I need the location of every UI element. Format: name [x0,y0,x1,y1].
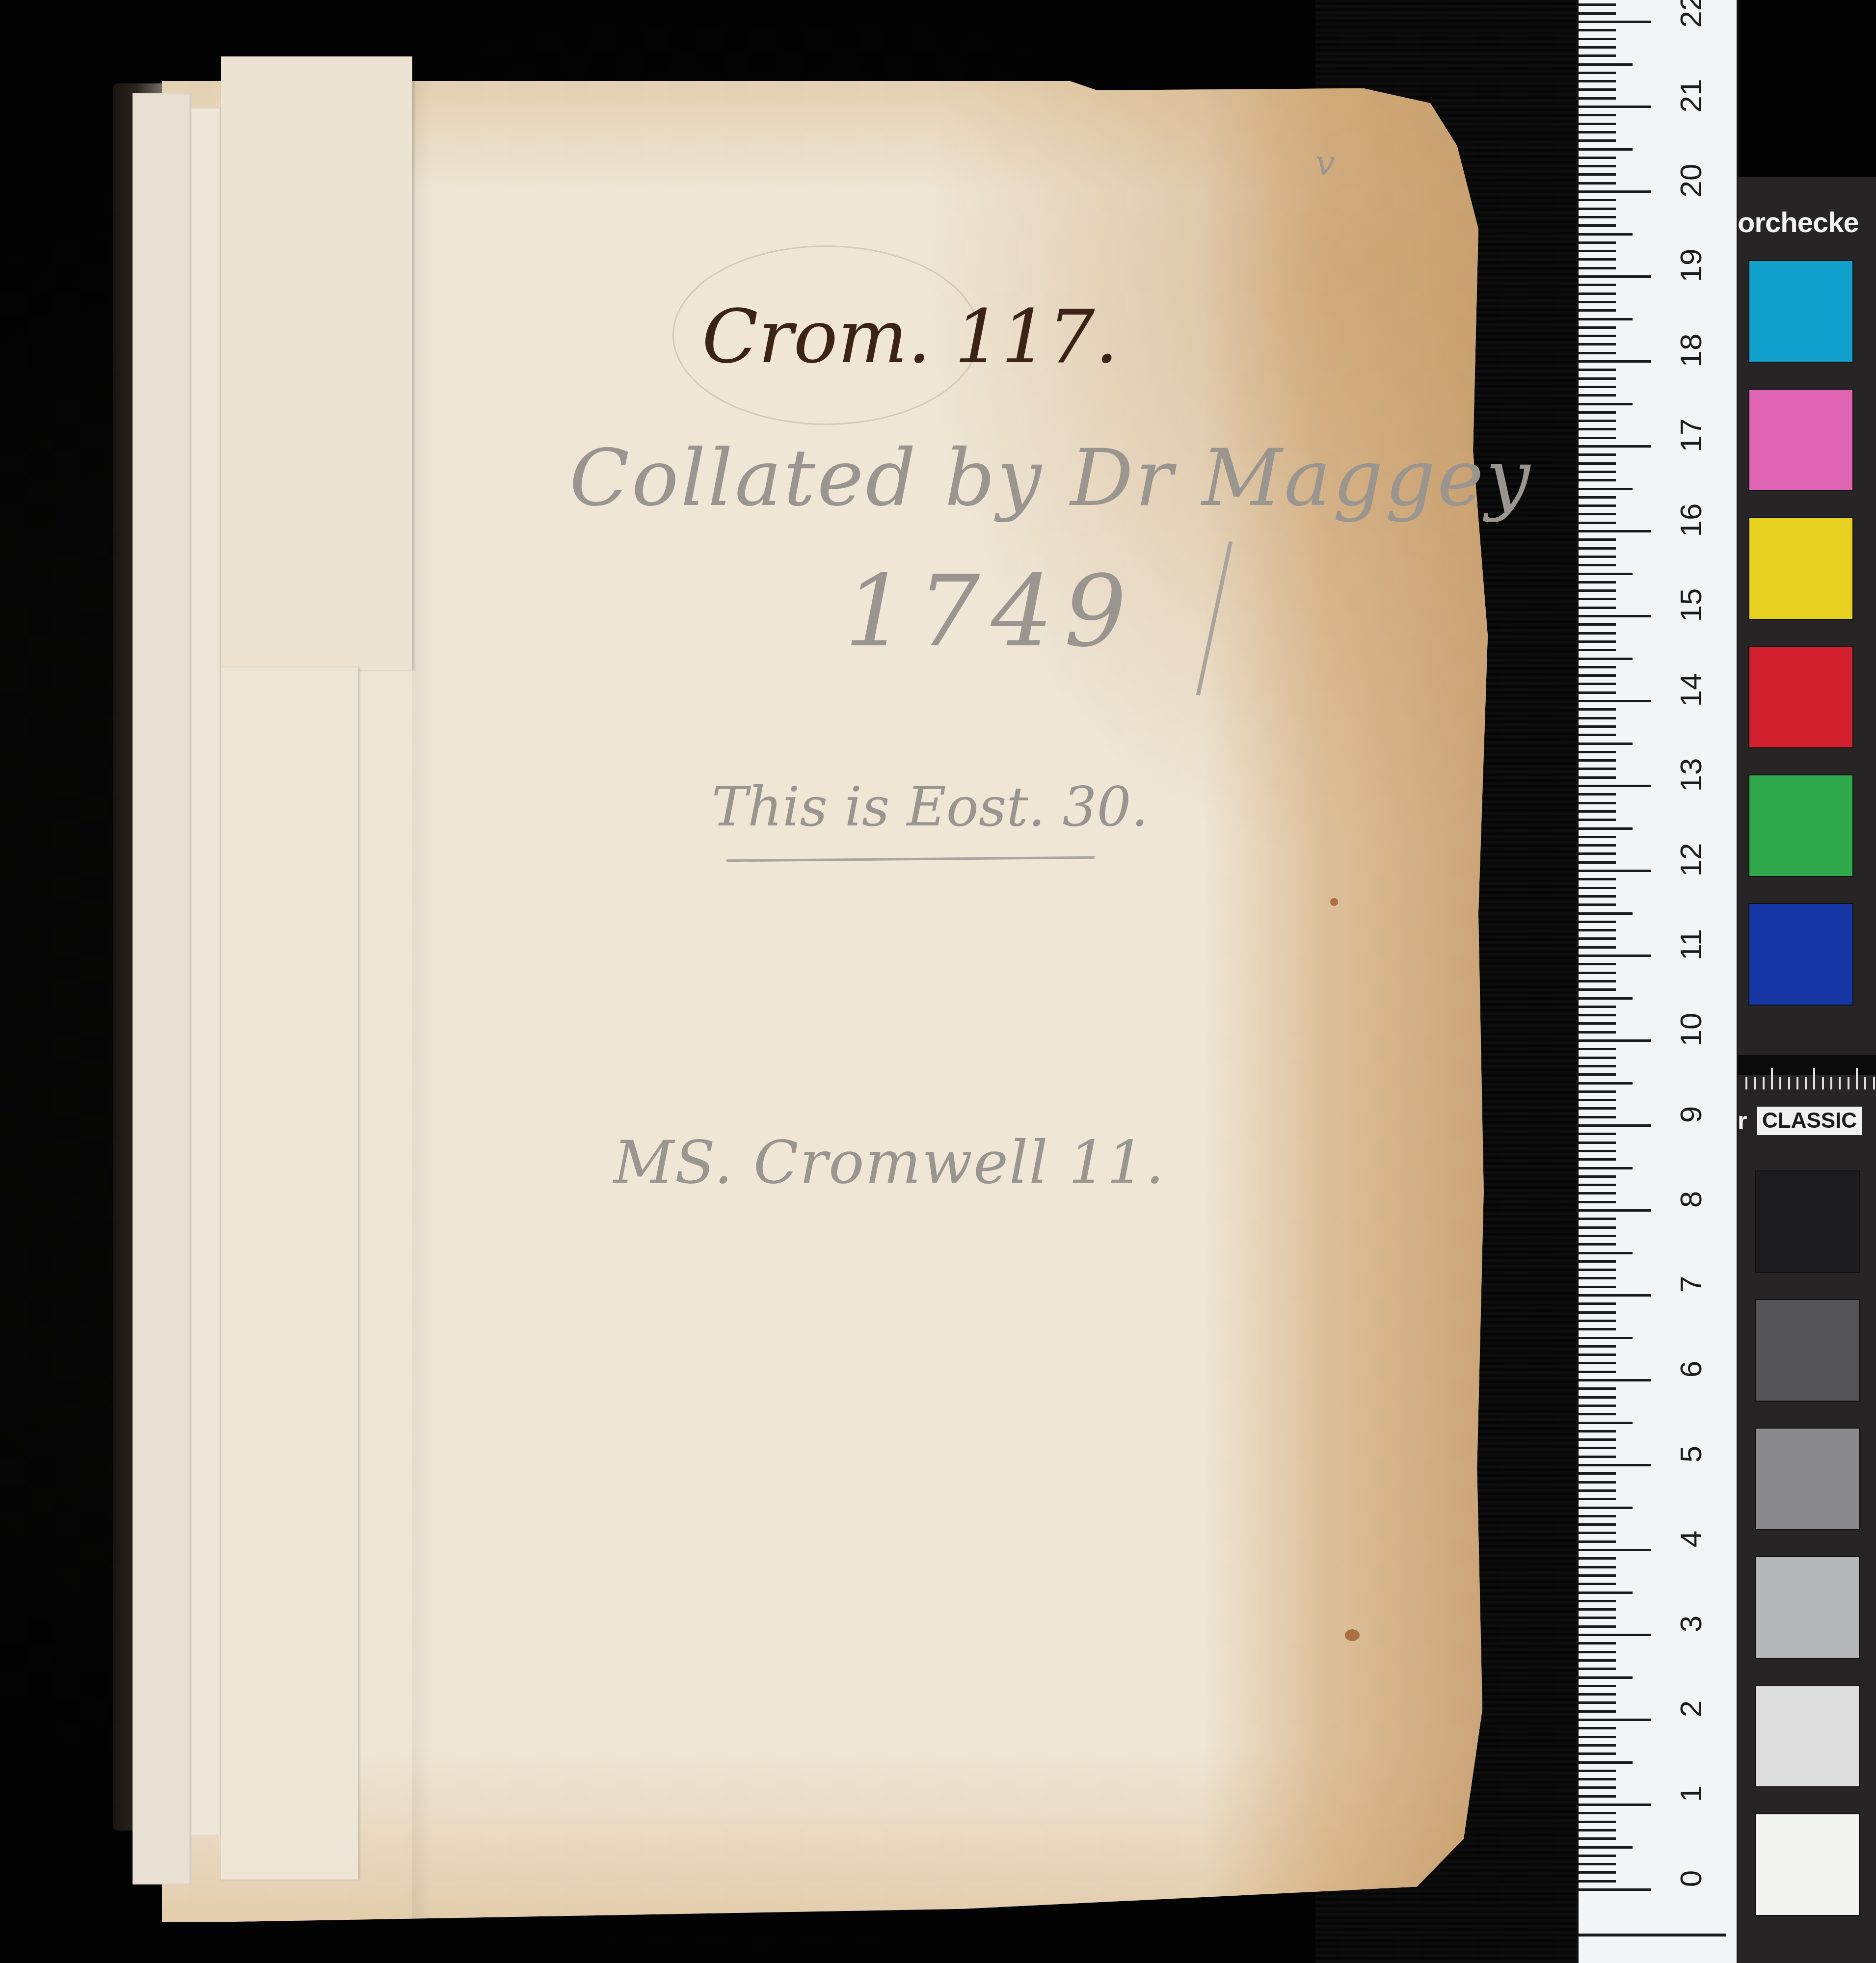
ruler-tick [1579,1523,1616,1526]
ruler-tick [1579,513,1616,515]
ruler-tick [1579,462,1616,465]
ruler-tick [1579,1489,1616,1492]
ruler-tick [1579,165,1616,167]
ruler-tick [1579,607,1616,609]
ruler-tick [1579,1175,1616,1178]
ruler-tick [1579,114,1616,116]
ruler-tick [1579,1387,1616,1390]
ruler-tick [1579,751,1616,753]
ruler-label: 22 [1676,0,1707,40]
ruler-tick [1579,208,1616,210]
ruler-tick [1579,1871,1616,1874]
ruler-tick [1579,1540,1616,1543]
ruler-tick [1579,768,1616,770]
ruler-tick [1579,1422,1633,1424]
ruler-tick [1579,887,1616,889]
ruler-tick [1579,173,1616,176]
ruler-tick [1579,1353,1616,1356]
ruler-tick [1579,54,1616,57]
ruler-tick [1579,1676,1633,1679]
ruler-tick [1579,190,1651,193]
color-patch-magenta [1748,389,1853,491]
ruler-tick [1579,1073,1616,1076]
ruler-tick [1579,1583,1616,1585]
ruler-tick [1579,1150,1616,1152]
checker-scale-tick [1830,1077,1832,1089]
gray-patch-white [1755,1813,1860,1916]
ruler-tick [1579,309,1616,312]
ruler-tick [1579,284,1616,286]
checker-scale-tick [1848,1077,1849,1089]
color-patch-cyan [1748,260,1853,363]
ruler-tick [1579,420,1616,422]
ruler-tick [1579,1566,1616,1568]
ruler-tick [1579,793,1616,796]
ruler-tick [1579,1192,1616,1194]
color-patch-red [1748,646,1853,748]
ruler-tick [1579,912,1633,915]
ruler-tick [1579,903,1616,906]
ruler-tick [1579,1888,1651,1891]
ruler-tick [1579,522,1616,524]
ruler-tick [1579,1302,1616,1305]
checker-scale-tick [1754,1077,1756,1089]
ruler-tick [1579,963,1616,965]
ruler-tick [1579,1269,1616,1271]
ruler-tick [1579,403,1633,405]
ruler-tick [1579,1320,1616,1322]
checker-scale-tick [1771,1068,1773,1089]
ruler-tick [1579,1752,1616,1755]
ruler-tick [1579,46,1616,49]
ruler-label: 2 [1676,1679,1707,1738]
ruler-tick [1579,623,1616,626]
gray-patch-lighter-gray [1755,1685,1860,1787]
ruler-tick [1579,326,1616,329]
ruler-tick [1579,658,1633,660]
ruler-tick [1579,937,1616,940]
ruler-tick [1579,1116,1616,1118]
ruler-tick [1579,1761,1633,1764]
color-checker-label: orchecke [1738,206,1876,236]
checker-scale-tick [1788,1077,1790,1089]
ruler-tick [1579,530,1651,532]
ruler-tick [1579,1260,1616,1263]
ruler-tick [1579,1022,1616,1025]
ruler-tick [1579,1592,1633,1594]
checker-scale-tick [1805,1077,1807,1089]
ruler-tick [1579,844,1616,847]
ruler-tick [1579,445,1651,448]
ruler-tick [1579,88,1616,91]
ruler-tick [1579,1549,1651,1551]
ruler-tick [1579,411,1616,414]
ruler-tick [1579,759,1616,762]
ruler-tick [1579,139,1616,142]
ruler-label: 14 [1676,661,1707,719]
ruler-label: 13 [1676,745,1707,804]
color-patch-green [1748,774,1853,877]
ruler-tick [1579,700,1651,702]
ruler-tick [1579,802,1616,804]
ruler-tick [1579,980,1616,982]
ruler-tick [1579,547,1616,550]
ruler-tick [1579,598,1616,600]
checker-scale-tick [1856,1068,1858,1089]
ruler-tick [1579,1719,1651,1721]
ruler-tick [1579,1048,1616,1050]
ruler-tick [1579,1855,1616,1857]
ruler-label: 4 [1676,1510,1707,1568]
ruler-tick [1579,1311,1616,1314]
ruler-tick [1579,852,1616,855]
ruler-tick [1579,1226,1616,1229]
ruler-tick [1579,301,1616,303]
ruler-tick [1579,1464,1651,1466]
ruler-tick [1579,224,1616,227]
ruler-end-line [1579,1934,1726,1936]
ruler-tick [1579,895,1616,898]
ruler-tick [1579,1744,1616,1747]
gray-patch-light-gray [1755,1556,1860,1659]
measurement-ruler: 012345678910111213141516171819202122 [1577,0,1740,1963]
ruler-tick [1579,3,1616,6]
ruler-tick [1579,1821,1616,1823]
ruler-tick [1579,1371,1616,1373]
ruler-tick [1579,12,1616,15]
ruler-tick [1579,250,1616,252]
ruler-tick [1579,1082,1633,1085]
checker-scale-tick [1745,1077,1747,1089]
ruler-tick [1579,1328,1616,1330]
ruler-tick [1579,1099,1616,1101]
ruler-tick [1579,538,1616,541]
ruler-tick [1579,1736,1616,1738]
ruler-tick [1579,1625,1616,1628]
color-patch-yellow [1748,517,1853,620]
ruler-label: 3 [1676,1594,1707,1653]
ruler-label: 18 [1676,321,1707,380]
foxing-stain [1330,898,1338,906]
ruler-label: 9 [1676,1085,1707,1144]
checker-scale-tick [1796,1077,1798,1089]
ruler-tick [1579,1659,1616,1662]
ruler-tick [1579,1600,1616,1602]
checker-scale-tick [1822,1077,1824,1089]
ruler-tick [1579,1405,1616,1407]
ruler-label: 19 [1676,236,1707,295]
ruler-tick [1579,1141,1616,1144]
ruler-tick [1579,819,1616,821]
ruler-tick [1579,199,1616,201]
ruler-tick [1579,1515,1616,1517]
ruler-tick [1579,1812,1616,1814]
binding-strip [133,93,191,1884]
ruler-tick [1579,216,1616,218]
ruler-tick [1579,1362,1616,1364]
ruler-label: 5 [1676,1425,1707,1484]
ruler-tick [1579,1685,1616,1687]
ruler-tick [1579,488,1633,490]
ruler-tick [1579,335,1616,337]
ruler-tick [1579,785,1651,787]
ruler-tick [1579,1107,1616,1110]
ruler-tick [1579,1472,1616,1475]
ruler-tick [1579,955,1651,957]
ruler-tick [1579,377,1616,380]
gutter-shadow [412,81,510,1931]
ruler-label: 6 [1676,1340,1707,1399]
ruler-tick [1579,1710,1616,1713]
ruler-tick [1579,1243,1616,1246]
ruler-tick [1579,504,1616,507]
ruler-tick [1579,386,1616,388]
ruler-tick [1579,1507,1633,1509]
ruler-tick [1579,640,1616,643]
ruler-tick [1579,1438,1616,1441]
ruler-label: 11 [1676,915,1707,974]
ruler-label: 1 [1676,1764,1707,1823]
ruler-tick [1579,1880,1616,1883]
ruler-tick [1579,292,1616,295]
gray-patch-dark-gray [1755,1299,1860,1402]
ruler-tick [1579,997,1633,1000]
ruler-tick [1579,148,1633,151]
ruler-tick [1579,1498,1616,1500]
gray-patch-mid-gray [1755,1428,1860,1530]
ruler-tick [1579,123,1616,125]
ruler-tick [1579,861,1616,864]
ruler-label: 0 [1676,1849,1707,1908]
ruler-tick [1579,437,1616,439]
ruler-tick [1579,1574,1616,1577]
ruler-tick [1579,776,1616,779]
checker-scale-tick [1813,1068,1815,1089]
ruler-tick [1579,734,1616,736]
ruler-tick [1579,1770,1616,1772]
binding-fold-upper [221,56,412,670]
ruler-tick [1579,581,1616,584]
ruler-label: 17 [1676,406,1707,465]
ruler-tick [1579,1235,1616,1237]
ruler-label: 15 [1676,576,1707,635]
ruler-tick [1579,1090,1616,1093]
checker-scale-tick [1763,1077,1765,1089]
ruler-tick [1579,1456,1616,1458]
ruler-tick [1579,157,1616,159]
ruler-tick [1579,921,1616,923]
ruler-tick [1579,275,1651,278]
ruler-tick [1579,1413,1616,1415]
ruler-tick [1579,479,1616,481]
ruler-tick [1579,1252,1633,1254]
ruler-tick [1579,1608,1616,1611]
ruler-tick [1579,1804,1651,1806]
ruler-tick [1579,743,1633,745]
ruler-tick [1579,1065,1616,1067]
ruler-tick [1579,21,1651,23]
ruler-tick [1579,1863,1616,1865]
ruler-tick [1579,1031,1616,1034]
ruler-tick [1579,496,1616,499]
ruler-tick [1579,1795,1616,1798]
ruler-tick [1579,80,1616,82]
ruler-tick [1579,360,1651,363]
ruler-tick [1579,1557,1616,1560]
ruler-tick [1579,1651,1616,1653]
ruler-tick [1579,1634,1651,1636]
ruler-tick [1579,1014,1616,1016]
ruler-tick [1579,428,1616,430]
ruler-tick [1579,1778,1616,1780]
ruler-tick [1579,1396,1616,1399]
ruler-tick [1579,72,1616,74]
ruler-tick [1579,1337,1633,1339]
ruler-tick [1579,589,1616,592]
ruler-tick [1579,1286,1616,1288]
ruler-tick [1579,878,1616,880]
ruler-tick [1579,1837,1616,1840]
ruler-tick [1579,1701,1616,1704]
note-inscription: This is Eost. 30. [712,775,1148,838]
ruler-tick [1579,1039,1651,1042]
ruler-tick [1579,708,1616,711]
collation-year: 1749 [844,555,1137,669]
ruler-tick [1579,471,1616,473]
ruler-tick [1579,649,1616,651]
ruler-tick [1579,182,1616,185]
ruler-label: 16 [1676,491,1707,550]
checker-scale-tick [1779,1077,1781,1089]
ruler-tick [1579,725,1616,728]
classic-label: r CLASSIC [1738,1107,1876,1141]
ruler-tick [1579,1532,1616,1534]
ruler-tick [1579,564,1616,566]
ruler-tick [1579,1218,1616,1220]
ruler-tick [1579,683,1616,685]
ruler-tick [1579,1642,1616,1645]
ruler-tick [1579,929,1616,931]
binding-strip [191,108,221,1835]
ruler-tick [1579,615,1651,617]
ruler-tick [1579,63,1633,66]
ruler-tick [1579,131,1616,133]
ruler-label: 8 [1676,1170,1707,1229]
ruler-tick [1579,1727,1616,1729]
binding-fold-lower [221,667,358,1880]
ruler-tick [1579,870,1651,872]
ruler-tick [1579,233,1633,236]
ruler-tick [1579,717,1616,719]
gray-patch-black [1755,1170,1860,1273]
ruler-tick [1579,352,1616,354]
ruler-tick [1579,1345,1616,1348]
ms-label-inscription: MS. Cromwell 11. [614,1129,1165,1197]
ruler-label: 20 [1676,151,1707,210]
ruler-tick [1579,946,1616,949]
ruler-tick [1579,573,1633,575]
ruler-tick [1579,1829,1616,1831]
ruler-tick [1579,267,1616,269]
ruler-label: 21 [1676,66,1707,125]
ruler-tick [1579,810,1616,813]
foxing-stain [1345,1629,1360,1641]
ruler-tick [1579,106,1651,108]
ruler-tick [1579,1277,1616,1279]
ruler-label: 7 [1676,1255,1707,1314]
ruler-tick [1579,1167,1633,1169]
ruler-tick [1579,38,1616,40]
ruler-tick [1579,1379,1651,1381]
ruler-tick [1579,827,1633,830]
ruler-tick [1579,1057,1616,1059]
ruler-tick [1579,241,1616,244]
checker-scale-tick [1864,1077,1866,1089]
ruler-tick [1579,691,1616,694]
ruler-tick [1579,1481,1616,1484]
ruler-label: 12 [1676,830,1707,889]
ruler-tick [1579,836,1616,838]
ruler-tick [1579,1430,1616,1432]
ruler-tick [1579,632,1616,635]
checker-scale-tick [1839,1077,1841,1089]
ruler-tick [1579,29,1616,31]
ruler-tick [1579,1693,1616,1696]
ruler-tick [1579,97,1616,100]
classic-badge: CLASSIC [1757,1107,1862,1135]
ruler-tick [1579,972,1616,974]
ruler-tick [1579,1124,1651,1127]
ruler-tick [1579,1184,1616,1186]
ruler-tick [1579,258,1616,261]
checker-scale-tick [1873,1077,1875,1089]
ruler-tick [1579,556,1616,558]
ruler-tick [1579,1846,1633,1849]
ruler-tick [1579,343,1616,345]
ruler-tick [1579,1786,1616,1789]
ruler-tick [1579,1006,1616,1008]
ruler-label: 10 [1676,1000,1707,1059]
ruler-tick [1579,666,1616,668]
color-patch-blue [1748,903,1853,1006]
ruler-tick [1579,369,1616,371]
ruler-tick [1579,1668,1616,1670]
ruler-tick [1579,1133,1616,1135]
collation-inscription: Collated by Dr Maggey [569,432,1532,524]
classic-prefix: r [1738,1107,1747,1135]
color-checker-scale [1738,1055,1876,1089]
ruler-tick [1579,674,1616,677]
shelfmark-inscription: Crom. 117. [702,294,1118,380]
ruler-tick [1579,1209,1651,1212]
ruler-tick [1579,394,1616,397]
ruler-tick [1579,988,1616,991]
ruler-tick [1579,1617,1616,1619]
ruler-tick [1579,1158,1616,1161]
ruler-tick [1579,1447,1616,1449]
ruler-tick [1579,318,1633,320]
ruler-tick [1579,453,1616,456]
ruler-tick [1579,1294,1651,1297]
ruler-tick [1579,1201,1616,1203]
corner-mark: v [1315,142,1335,183]
